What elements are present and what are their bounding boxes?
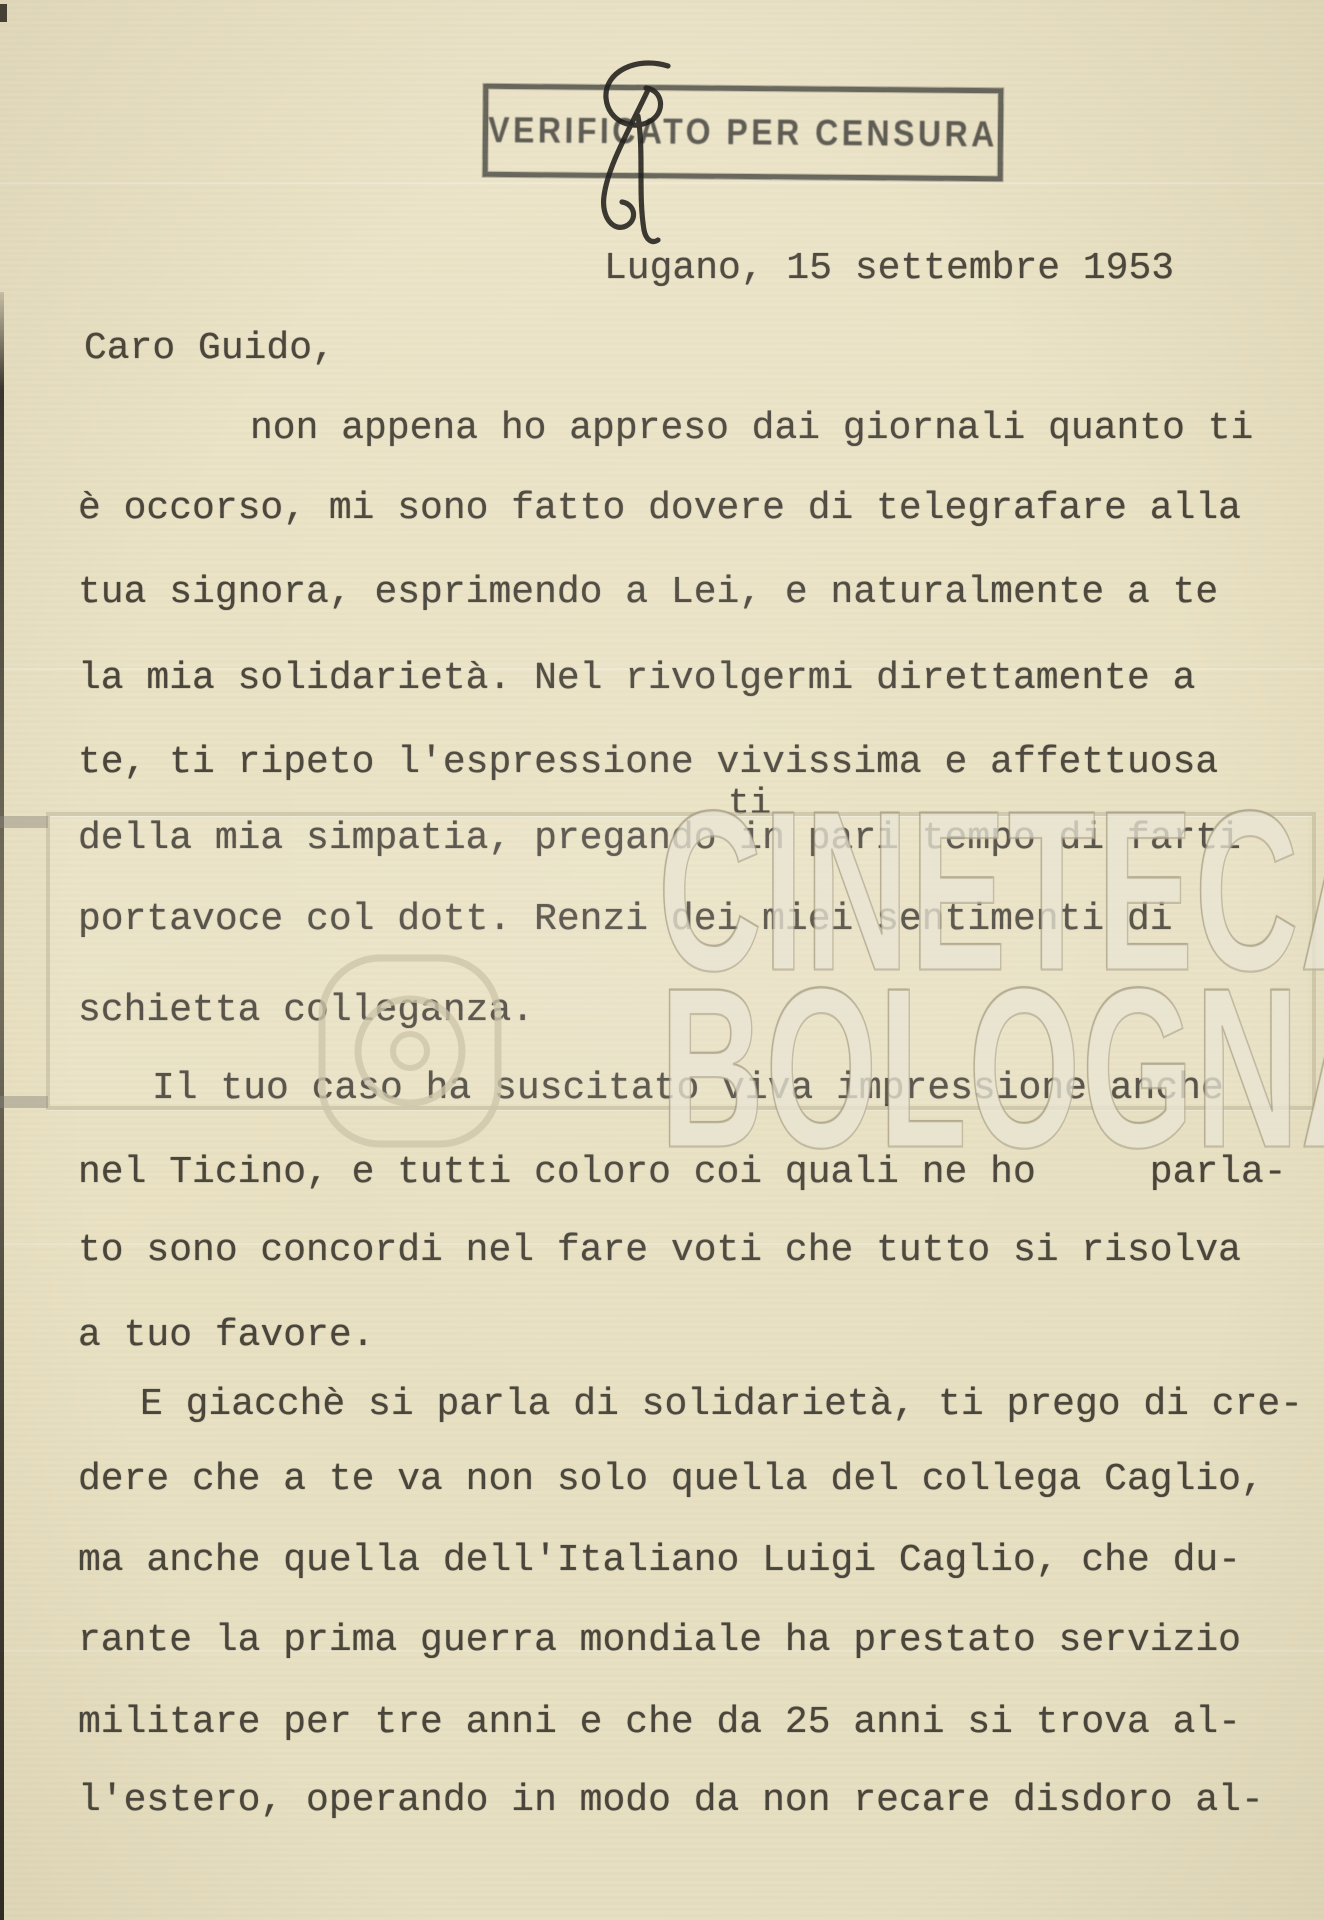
letter-line: to sono concordi nel fare voti che tutto… — [78, 1232, 1241, 1270]
copyright-logo-icon — [312, 948, 508, 1154]
letter-line: è occorso, mi sono fatto dovere di teleg… — [78, 490, 1241, 528]
letter-line: l'estero, operando in modo da non recare… — [78, 1782, 1264, 1820]
signature-flourish-icon — [552, 56, 730, 254]
letter-line: la mia solidarietà. Nel rivolgermi diret… — [78, 660, 1195, 698]
letter-page: VERIFICATO PER CENSURA Lugano, 15 settem… — [0, 0, 1324, 1920]
letter-line: E giacchè si parla di solidarietà, ti pr… — [140, 1386, 1303, 1424]
letter-line: a tuo favore. — [78, 1317, 374, 1355]
letter-line: ma anche quella dell'Italiano Luigi Cagl… — [78, 1542, 1241, 1580]
scan-edge-artifact — [0, 4, 7, 22]
watermark-frame-stub — [0, 1096, 48, 1108]
correction-insertion: ti — [728, 786, 771, 822]
letter-line: te, ti ripeto l'espressione vivissima e … — [78, 744, 1218, 782]
letter-line: dere che a te va non solo quella del col… — [78, 1461, 1264, 1499]
letter-line: rante la prima guerra mondiale ha presta… — [78, 1622, 1241, 1660]
letter-line: non appena ho appreso dai giornali quant… — [250, 410, 1253, 448]
letter-line: schietta colleganza. — [78, 992, 534, 1030]
letter-line: portavoce col dott. Renzi dei miei senti… — [78, 901, 1173, 939]
watermark-frame-stub — [0, 816, 48, 828]
letter-line: nel Ticino, e tutti coloro coi quali ne … — [78, 1154, 1287, 1192]
letter-line: della mia simpatia, pregando in pari tem… — [78, 820, 1241, 858]
scan-edge-artifact — [0, 292, 4, 1920]
salutation: Caro Guido, — [84, 330, 335, 368]
letter-line: tua signora, esprimendo a Lei, e natural… — [78, 574, 1218, 612]
date-line: Lugano, 15 settembre 1953 — [604, 250, 1174, 288]
letter-line: Il tuo caso ha suscitato viva impression… — [152, 1070, 1224, 1108]
letter-line: militare per tre anni e che da 25 anni s… — [78, 1704, 1241, 1742]
